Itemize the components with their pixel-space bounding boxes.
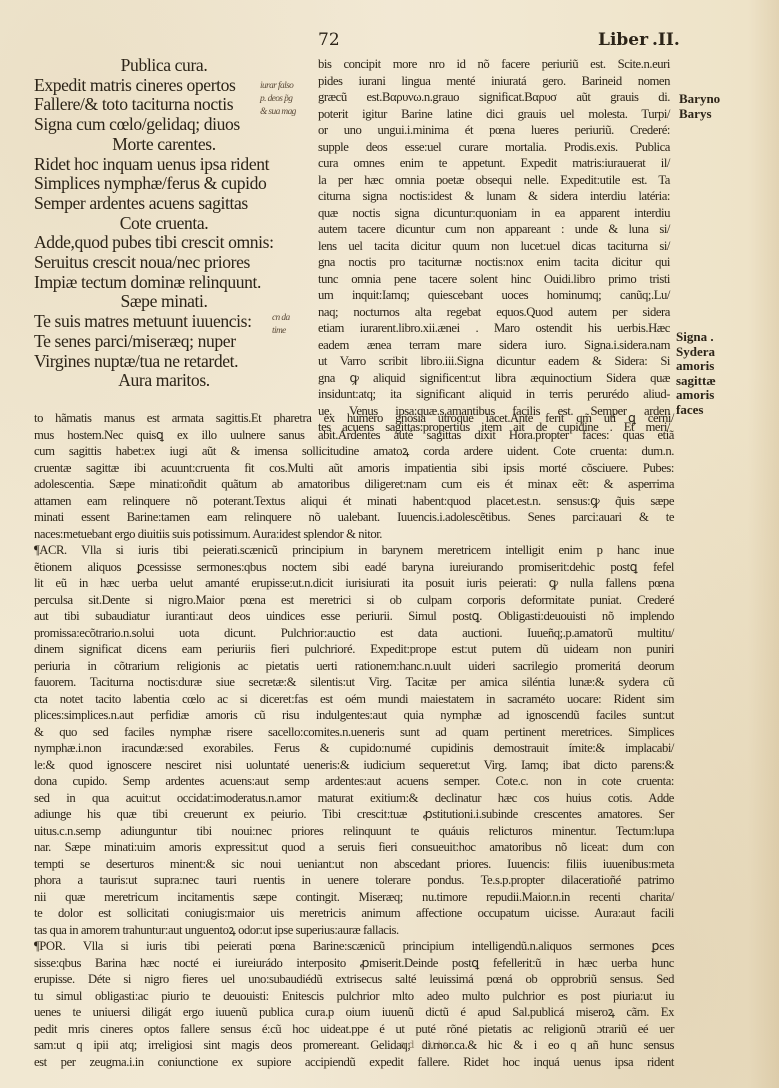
text-line: dona cupido. Semp ardentes acuens:aut se… — [34, 773, 674, 790]
poem-block: Publica cura. Expedit matris cineres ope… — [34, 56, 294, 391]
margin-note-line: Baryno — [679, 92, 720, 107]
text-line: græcũ est.Βαρυνω.n.grauo significat.Βαρυ… — [318, 89, 670, 106]
poem-line: Publica cura. — [34, 56, 294, 76]
margin-note-line: sagittæ — [676, 374, 716, 389]
text-line: gna ꝙ aliquid significent:ut libra æquin… — [318, 370, 670, 387]
text-line: nar. Sæpe minati:uim amoris expressit:ut… — [34, 839, 674, 856]
text-line: to hãmatis manus est armata sagittis.Et … — [34, 410, 674, 427]
poem-line: Signa cum cœlo/gelidaq; diuos — [34, 115, 294, 135]
poem-line: Te suis matres metuunt iuuencis: — [34, 312, 294, 332]
text-line: adiunge his quæ tibi creuerunt ex peiuri… — [34, 806, 674, 823]
text-line: citurna signa noctis:idest & lunam & sid… — [318, 188, 670, 205]
text-line: fauorem. Taciturna noctis:duræ siue secr… — [34, 674, 674, 691]
text-line: cruentæ sagittæ ibi acuunt:cruenta fit c… — [34, 460, 674, 477]
text-line: & quo sed faciles nymphæ risere sacello:… — [34, 724, 674, 741]
margin-note: Signa . Sydera amoris sagittæ amoris fac… — [676, 330, 716, 417]
gloss-line: iurar falso — [260, 80, 296, 93]
text-line: ẽtionem aliquos ꝑcessisse sermones:qbus … — [34, 559, 674, 576]
text-line: gna noctis pro taciturnæ noctis:nox enim… — [318, 254, 670, 271]
text-line: supple deos esse:uel curare mortalia. Pr… — [318, 139, 670, 156]
text-line: promissa:ecõtrario.n.solui uota dicunt. … — [34, 625, 674, 642]
text-line: ut Varro scribit libro.iii.Signa dicuntu… — [318, 353, 670, 370]
text-line: pides iurani lingua menté iniuratá gero.… — [318, 73, 670, 90]
text-line: cum sagittis habet:ex iugi aũt & imensa … — [34, 443, 674, 460]
margin-note-line: Sydera — [676, 345, 716, 360]
handwritten-gloss: cn da time — [272, 312, 290, 338]
text-line: la per hæc omnia poetæ obsequi nelle. Ex… — [318, 172, 670, 189]
gloss-line: cn da — [272, 312, 290, 325]
text-line: uenes te uniuersi diligát ergo iuuenũ pu… — [34, 1004, 674, 1021]
commentary-column: bis concipit more nro id nõ facere periu… — [318, 56, 670, 436]
poem-line: Virgines nuptæ/tua ne retardet. — [34, 352, 294, 372]
text-line: tu simul obligasti:ac piurio te deuouist… — [34, 988, 674, 1005]
section-start-acr: ¶ACR. Vlla si iuris tibi peierati.scænic… — [34, 542, 674, 559]
poem-line: Ridet hoc inquam uenus ipsa rident — [34, 155, 294, 175]
margin-note-line: Signa . — [676, 330, 716, 345]
poem-line: Impiæ tectum dominæ relinquunt. — [34, 273, 294, 293]
poem-line: Morte carentes. — [34, 135, 294, 155]
margin-note: Baryno Barys — [679, 92, 720, 121]
poem-line: Adde,quod pubes tibi crescit omnis: — [34, 233, 294, 253]
gloss-line: p. deos p̃g — [260, 93, 296, 106]
text-line: autem tacere dicuntur cum non appareant … — [318, 221, 670, 238]
text-line: pedit mris cineres optos fallere sensus … — [34, 1021, 674, 1038]
text-line: te dolor est sollicitati coniugis:maior … — [34, 905, 674, 922]
book-page: 72 Liber .II. Publica cura. Expedit matr… — [0, 0, 779, 1088]
book-number: .II. — [652, 30, 680, 50]
text-line: eadem ænea terram mare sidera iuro. Sign… — [318, 337, 670, 354]
running-title: Liber — [598, 30, 648, 50]
section-start-por: ¶POR. Vlla si iuris tibi peierati pœna B… — [34, 938, 674, 955]
poem-line: Semper ardentes acuens sagittas — [34, 194, 294, 214]
text-line: sam:ut q ipii atq; irreligiosi sint magi… — [34, 1037, 674, 1054]
text-line: nii quæ meretricum incitamentis sæpe con… — [34, 889, 674, 906]
poem-line: Cote cruenta. — [34, 214, 294, 234]
text-line: lit eũ in hæc uerba uelut amanté erupiss… — [34, 575, 674, 592]
margin-note-line: Barys — [679, 107, 720, 122]
poem-line: Te senes parci/miseræq; nuper — [34, 332, 294, 352]
text-line: cura omnes enim te appetunt. Expedit mat… — [318, 155, 670, 172]
poem-line: Simplices nymphæ/ferus & cupido — [34, 174, 294, 194]
text-line: poterit igitur Barine latine dici grauis… — [318, 106, 670, 123]
faint-bottom-marks: ad cuis — [400, 1040, 450, 1051]
text-line: dinem significat dicens eam periuriis fi… — [34, 641, 674, 658]
text-line: tempti se deserturos minent:& sic noui u… — [34, 856, 674, 873]
poem-line: Aura maritos. — [34, 371, 294, 391]
text-line: attamen eam relinquere nõ poterant.Textu… — [34, 493, 674, 510]
text-line: nymphæ.i.non iracundæ:sed exorabiles. Fe… — [34, 740, 674, 757]
page-number: 72 — [318, 30, 340, 50]
text-line: cta notet tacito labentia cœlo ac si dic… — [34, 691, 674, 708]
text-line: quæ noctis signa dicuntur:quoniam in ea … — [318, 205, 670, 222]
text-line: lens uel tacita dicitur quum non lucet:u… — [318, 238, 670, 255]
margin-note-line: amoris — [676, 388, 716, 403]
text-line: naces:metuebant ergo diuitiis suis potis… — [34, 526, 674, 543]
commentary-full-width: to hãmatis manus est armata sagittis.Et … — [34, 410, 674, 1070]
text-line: aut tibi subaudiatur iuranti:aut deos ui… — [34, 608, 674, 625]
text-line: phora a tauris:ut supra:nec tauri ruenti… — [34, 872, 674, 889]
margin-note-line: faces — [676, 403, 716, 418]
text-line: tunc omnia pene tacere solent hinc Ouidi… — [318, 271, 670, 288]
text-line: insidunt:atq; ita significant aliquid in… — [318, 386, 670, 403]
text-line: bis concipit more nro id nõ facere periu… — [318, 56, 670, 73]
text-line: uitus.c.n.semp adiunguntur tibi noui:nec… — [34, 823, 674, 840]
text-line: naq; nocturnos alta regebat equos.Quod a… — [318, 304, 670, 321]
text-line: plices:simplices.n.aut perfidiæ amoris c… — [34, 707, 674, 724]
text-line: sed in qua acuit:ut occidat:imoderatus.n… — [34, 790, 674, 807]
poem-line: Seruitus crescit noua/nec priores — [34, 253, 294, 273]
text-line: est per zeugma.i.in coniunctione ex supi… — [34, 1054, 674, 1071]
text-line: erupisse. Déte si nigro fieres uel uno:s… — [34, 971, 674, 988]
text-line: etiam iurarent.libro.xii.ænei . Maro ost… — [318, 320, 670, 337]
text-line: periuria in cõtrarium religionis ac piet… — [34, 658, 674, 675]
text-line: sisse:qbus Barina hæc nocté ei iureiurád… — [34, 955, 674, 972]
text-line: tas qua in amorem trahuntur:aut unguento… — [34, 922, 674, 939]
poem-line: Sæpe minati. — [34, 292, 294, 312]
text-line: um inquit:Iamq; quiescebant uoces hominu… — [318, 287, 670, 304]
gloss-line: time — [272, 325, 290, 338]
gloss-line: & sua mag — [260, 106, 296, 119]
text-line: perculsa sit.Dente si nigro.Maior pœna e… — [34, 592, 674, 609]
handwritten-gloss: iurar falso p. deos p̃g & sua mag — [260, 80, 296, 119]
text-line: le:& quod ignoscere nesciret nisi uolunt… — [34, 757, 674, 774]
poem-line: Expedit matris cineres opertos — [34, 76, 294, 96]
poem-line: Fallere/& toto taciturna noctis — [34, 95, 294, 115]
text-line: minati essent Barine:tamen eam relinquer… — [34, 509, 674, 526]
text-line: adolescentia. Sæpe minati:oñdit quãtum a… — [34, 476, 674, 493]
margin-note-line: amoris — [676, 359, 716, 374]
text-line: or uno ungui.i.minima ét pœna lueres per… — [318, 122, 670, 139]
text-line: mus hostem.Nec quisꝗ ex illo uulnere san… — [34, 427, 674, 444]
